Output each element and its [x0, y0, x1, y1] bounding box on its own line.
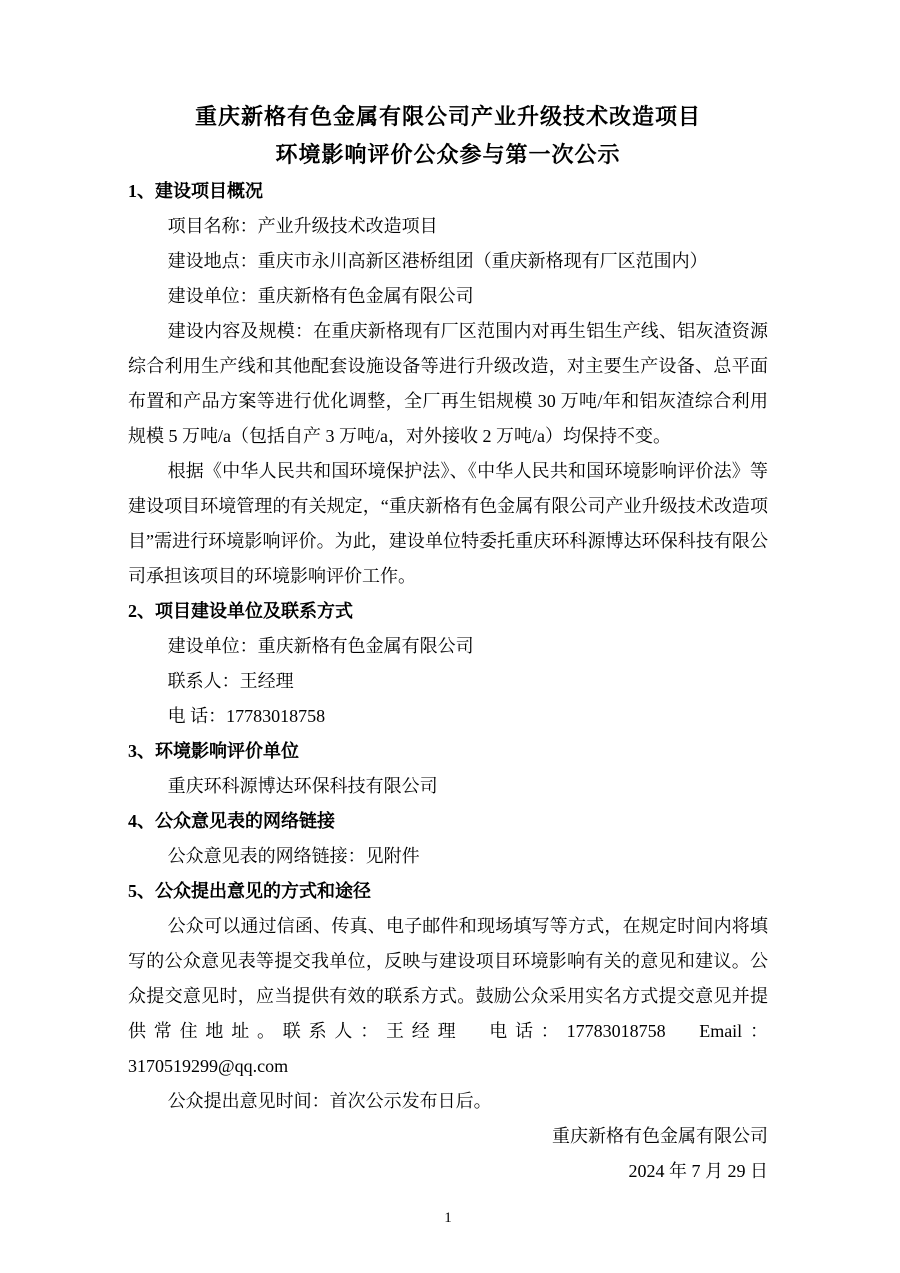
signature-date: 2024 年 7 月 29 日 [128, 1154, 768, 1189]
eia-agency-line: 重庆环科源博达环保科技有限公司 [128, 769, 768, 804]
feedback-methods-paragraph: 公众可以通过信函、传真、电子邮件和现场填写等方式，在规定时间内将填写的公众意见表… [128, 909, 768, 1084]
contact-person-line: 联系人：王经理 [128, 664, 768, 699]
builder-unit-line: 建设单位：重庆新格有色金属有限公司 [128, 629, 768, 664]
document-title-line-2: 环境影响评价公众参与第一次公示 [128, 136, 768, 174]
document-page: 重庆新格有色金属有限公司产业升级技术改造项目 环境影响评价公众参与第一次公示 1… [0, 0, 900, 1236]
document-title: 重庆新格有色金属有限公司产业升级技术改造项目 环境影响评价公众参与第一次公示 [128, 98, 768, 174]
phone-number-line: 电 话：17783018758 [128, 699, 768, 734]
construction-scope-paragraph: 建设内容及规模：在重庆新格现有厂区范围内对再生铝生产线、铝灰渣资源综合利用生产线… [128, 314, 768, 454]
document-title-line-1: 重庆新格有色金属有限公司产业升级技术改造项目 [128, 98, 768, 136]
construction-location-line: 建设地点：重庆市永川高新区港桥组团（重庆新格现有厂区范围内） [128, 244, 768, 279]
signature-company: 重庆新格有色金属有限公司 [128, 1119, 768, 1154]
legal-basis-paragraph: 根据《中华人民共和国环境保护法》、《中华人民共和国环境影响评价法》等建设项目环境… [128, 454, 768, 594]
section-5-heading: 5、公众提出意见的方式和途径 [128, 874, 768, 909]
opinion-form-link-line: 公众意见表的网络链接：见附件 [128, 839, 768, 874]
section-1-heading: 1、建设项目概况 [128, 174, 768, 209]
section-3-heading: 3、环境影响评价单位 [128, 734, 768, 769]
feedback-time-paragraph: 公众提出意见时间：首次公示发布日后。 [128, 1084, 768, 1119]
page-number: 1 [128, 1201, 768, 1236]
section-4-heading: 4、公众意见表的网络链接 [128, 804, 768, 839]
document-body: 1、建设项目概况 项目名称：产业升级技术改造项目 建设地点：重庆市永川高新区港桥… [128, 174, 768, 1236]
section-2-heading: 2、项目建设单位及联系方式 [128, 594, 768, 629]
project-name-line: 项目名称：产业升级技术改造项目 [128, 209, 768, 244]
construction-unit-line: 建设单位：重庆新格有色金属有限公司 [128, 279, 768, 314]
